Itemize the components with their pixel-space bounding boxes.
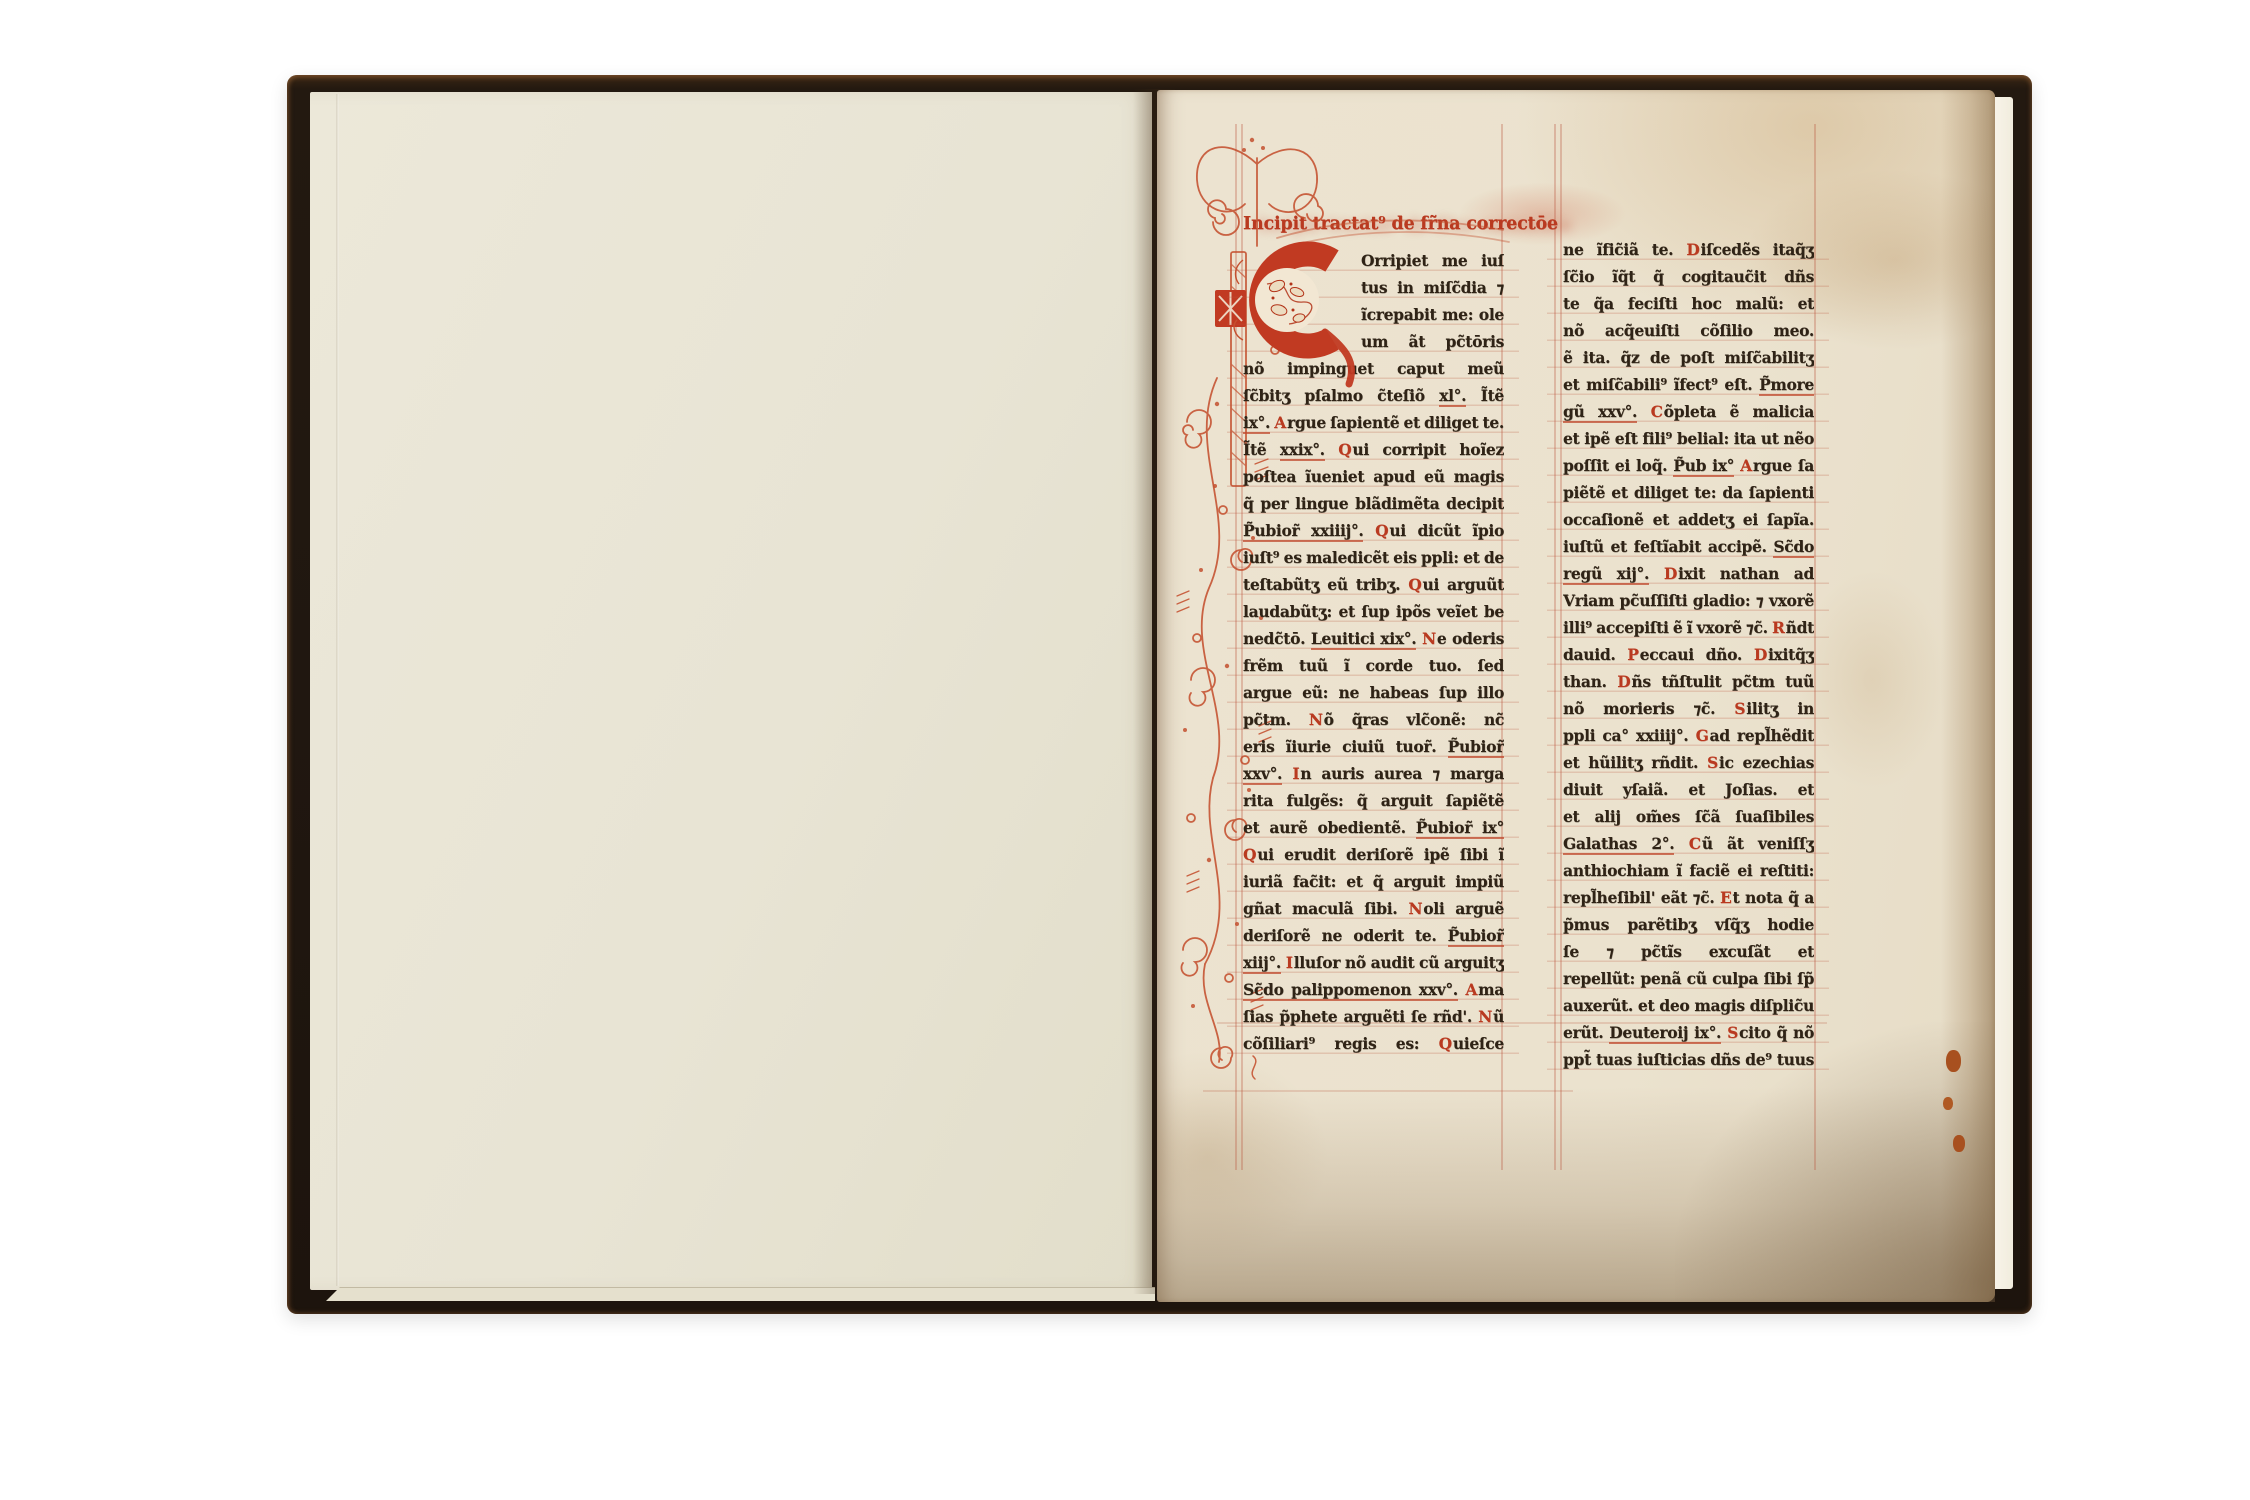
- text-segment: diuit yſaiã. et Joſias. et Joſophat: [1563, 780, 1814, 803]
- text-segment: gñat maculã ſibi.: [1243, 899, 1408, 918]
- red-versal: I: [1286, 953, 1294, 972]
- text-segment: poſſit ei loq̃.: [1563, 456, 1673, 475]
- underlined-citation: ix°.: [1243, 413, 1270, 434]
- text-segment: Orripiet me iuſ: [1361, 251, 1504, 270]
- text-line: ppt̃ tuas iuſticias dñs de⁹ tuus: [1563, 1046, 1814, 1073]
- text-line: q̃ per lingue blãdimẽta decipit: [1243, 490, 1504, 517]
- text-line: than. Dñs tñſtulit pc̃tm tuũ: [1563, 668, 1814, 695]
- underlined-citation: Deuteroij ix°.: [1609, 1023, 1721, 1044]
- text-segment: ñs tñſtulit pc̃tm tuũ: [1631, 672, 1814, 691]
- text-segment: pc̃tm.: [1243, 710, 1309, 729]
- text-segment: et aurẽ obedientẽ.: [1243, 818, 1416, 837]
- text-segment: ñdt: [1786, 618, 1814, 637]
- red-versal: G: [1696, 726, 1710, 745]
- text-segment: uieſce: [1453, 1034, 1504, 1053]
- text-segment: [1325, 440, 1338, 459]
- text-line: ix°. Argue ſapientẽ et diliget te.: [1243, 409, 1504, 436]
- text-line: auxerũt. et deo magis diſplic̃u: [1563, 992, 1814, 1019]
- underlined-citation: Sc̃do palippomenon xxv°.: [1243, 980, 1458, 1001]
- text-line: p̃mus parẽtibʒ vſq̃ʒ hodie q̃cũq̃ʒ: [1563, 911, 1814, 938]
- text-segment: nõ acq̃euiſti cõſilio meo. Fc̃mq̃ʒ: [1563, 321, 1814, 344]
- red-versal: R: [1772, 618, 1786, 637]
- text-column-right: ne ĩfic̃iã te. Diſcedẽs itaq̃ʒ p̃phaſc̃i…: [1563, 236, 1814, 1073]
- text-line: nedc̃tō. Leuitici xix°. Ne oderis: [1243, 625, 1504, 652]
- text-segment: ſc̃io ĩq̃t q̃ cogitauc̃it dñs occidc̃e: [1563, 267, 1814, 290]
- text-segment: iuriã fac̃it: et q̃ arguit impiũ: [1243, 872, 1504, 891]
- text-segment: Ĩtẽ: [1243, 440, 1280, 459]
- text-segment: ui dicũt ĩpio: [1389, 521, 1504, 540]
- text-segment: argue eũ: ne habeas ſup illo: [1243, 683, 1504, 702]
- text-segment: than.: [1563, 672, 1617, 691]
- text-segment: occaſionẽ et addetʒ ei ſapĩa. Doce: [1563, 510, 1814, 533]
- text-line: erũt. Deuteroij ix°. Scito q̃ nõ: [1563, 1019, 1814, 1046]
- underlined-citation: gũ xxv°.: [1563, 402, 1637, 423]
- text-line: deriſorẽ ne oderit te. P̃ubior̃: [1243, 922, 1504, 949]
- text-line: tus in miſc̃dia ⁊: [1361, 274, 1504, 301]
- red-versal: A: [1740, 456, 1753, 475]
- red-versal: N: [1478, 1007, 1493, 1026]
- text-line: cõſiliari⁹ regis es: Quieſce: [1243, 1030, 1504, 1057]
- text-segment: iuſtũ et feſtĩabit accipẽ.: [1563, 537, 1773, 556]
- red-versal: C: [1689, 834, 1702, 853]
- text-line: et aurẽ obedientẽ. P̃ubior̃ ix°: [1243, 814, 1504, 841]
- text-line: Orripiet me iuſ: [1361, 247, 1504, 274]
- text-segment: [1637, 402, 1650, 421]
- text-line: iuriã fac̃it: et q̃ arguit impiũ: [1243, 868, 1504, 895]
- text-segment: rita fulgẽs: q̃ arguit ſapiẽtẽ: [1243, 791, 1504, 810]
- red-versal: N: [1422, 629, 1437, 648]
- text-segment: [1363, 521, 1375, 540]
- text-segment: ppt̃ tuas iuſticias dñs de⁹ tuus: [1563, 1050, 1814, 1069]
- text-line: Ĩtẽ xxix°. Qui corripit hoĩez gr̃am: [1243, 436, 1504, 463]
- red-versal: Q: [1408, 575, 1422, 594]
- text-segment: Ĩtẽ: [1466, 386, 1504, 405]
- text-line: iuſt⁹ es maledicẽt eis ppli: et de: [1243, 544, 1504, 571]
- underlined-citation: xxv°.: [1243, 764, 1282, 785]
- text-segment: nedc̃tō.: [1243, 629, 1311, 648]
- red-versal: S: [1707, 753, 1719, 772]
- text-line: Sc̃do palippomenon xxv°. Ama: [1243, 976, 1504, 1003]
- text-segment: iuſt⁹ es maledicẽt eis ppli: et de: [1243, 548, 1504, 567]
- text-line: laudabũtʒ: et ſup ipõs veĩet be: [1243, 598, 1504, 625]
- text-segment: um ãt pc̃tōris: [1361, 332, 1504, 351]
- text-segment: et hũilitʒ rñdit.: [1563, 753, 1707, 772]
- rust-spot: [1953, 1135, 1965, 1152]
- text-segment: ũ: [1493, 1007, 1504, 1026]
- text-segment: dauid.: [1563, 645, 1627, 664]
- text-line: teſtabũtʒ eũ tribʒ. Qui arguũt: [1243, 571, 1504, 598]
- red-versal: N: [1309, 710, 1324, 729]
- text-segment: ne ĩfic̃iã te.: [1563, 240, 1686, 259]
- text-segment: lluſor nõ audit cũ arguitʒ: [1294, 953, 1504, 972]
- text-segment: p̃mus parẽtibʒ vſq̃ʒ hodie q̃cũq̃ʒ: [1563, 915, 1814, 938]
- red-versal: D: [1686, 240, 1700, 259]
- text-line: nõ morieris ⁊c̃. Silitʒ in nũac̃oẽ: [1563, 695, 1814, 722]
- red-versal: E: [1720, 888, 1733, 907]
- text-line: illi⁹ accepiſti ẽ ĩ vxorẽ ⁊c̃. Rñdt: [1563, 614, 1814, 641]
- text-line: rita fulgẽs: q̃ arguit ſapiẽtẽ: [1243, 787, 1504, 814]
- rust-spot: [1946, 1050, 1961, 1072]
- text-line: xxv°. In auris aurea ⁊ marga: [1243, 760, 1504, 787]
- red-versal: Q: [1338, 440, 1352, 459]
- text-block-edge: [1993, 97, 2013, 1289]
- red-versal: S: [1734, 699, 1746, 718]
- page-crease: [336, 94, 339, 1286]
- red-versal: C: [1651, 402, 1664, 421]
- text-line: et miſc̃abili⁹ ĩfect⁹ eſt. P̃more: [1563, 371, 1814, 398]
- rust-spot: [1943, 1097, 1953, 1110]
- text-line: poſſit ei loq̃. P̃ub ix° Argue ſa: [1563, 452, 1814, 479]
- text-segment: ĩcrepabit me: ole: [1361, 305, 1504, 324]
- text-line: Vriam pc̃uſſiſti gladio: ⁊ vxorẽ: [1563, 587, 1814, 614]
- text-segment: nõ morieris ⁊c̃.: [1563, 699, 1734, 718]
- text-segment: [1282, 764, 1292, 783]
- text-segment: frẽm tuũ ĩ corde tuo. ſed publice: [1243, 656, 1504, 679]
- text-segment: et ipẽ eſt fili⁹ belial: ita ut nẽo: [1563, 429, 1814, 448]
- text-segment: auxerũt. et deo magis diſplic̃u: [1563, 996, 1814, 1015]
- text-segment: repellũt: penã cũ culpa ſibi ſp̃: [1563, 969, 1814, 988]
- underlined-citation: P̃ubior̃ ix°: [1416, 818, 1504, 839]
- text-segment: cito q̃ nõ: [1739, 1023, 1814, 1042]
- text-segment: rgue ſa: [1753, 456, 1814, 475]
- red-versal: A: [1465, 980, 1478, 999]
- text-segment: q̃ per lingue blãdimẽta decipit: [1243, 494, 1504, 513]
- text-segment: rgue ſapientẽ et diliget te.: [1287, 413, 1504, 432]
- text-segment: et miſc̃abili⁹ ĩfect⁹ eſt.: [1563, 375, 1759, 394]
- underlined-citation: xiij°.: [1243, 953, 1281, 974]
- text-segment: te q̃a feciſti hoc malũ: et ĩſuper: [1563, 294, 1814, 317]
- text-segment: repl̃heſibil' eãt ⁊c̃.: [1563, 888, 1720, 907]
- text-segment: ma: [1478, 980, 1504, 999]
- text-segment: [1674, 834, 1688, 853]
- text-line: poſtea ĩueniet apud eũ magis q̃ʒ: [1243, 463, 1504, 490]
- red-versal: S: [1727, 1023, 1739, 1042]
- text-line: anthiochiam ĩ faciẽ ei reſtiti: q̃z: [1563, 857, 1814, 884]
- text-segment: piẽtẽ et diliget te: da ſapienti: [1563, 483, 1814, 502]
- underlined-citation: P̃ub ix°: [1673, 456, 1734, 477]
- text-line: et alij om̃es ſc̃ã ſuaſibiles fuerĩt: [1563, 803, 1814, 830]
- text-segment: poſtea ĩueniet apud eũ magis q̃ʒ: [1243, 467, 1504, 490]
- red-versal: D: [1664, 564, 1678, 583]
- text-line: ſe ⁊ pc̃tĩs excuſãt et ĩcrepatiõẽs: [1563, 938, 1814, 965]
- text-segment: ui erudit deriſorẽ ipẽ ſibi ĩ: [1257, 845, 1504, 864]
- text-segment: teſtabũtʒ eũ tribʒ.: [1243, 575, 1408, 594]
- text-segment: et alij om̃es ſc̃ã ſuaſibiles fuerĩt: [1563, 807, 1814, 830]
- text-line: ſc̃io ĩq̃t q̃ cogitauc̃it dñs occidc̃e: [1563, 263, 1814, 290]
- text-segment: tus in miſc̃dia ⁊: [1361, 278, 1504, 297]
- underlined-citation: xl°.: [1439, 386, 1466, 407]
- text-line: frẽm tuũ ĩ corde tuo. ſed publice: [1243, 652, 1504, 679]
- text-line: xiij°. Illuſor nõ audit cũ arguitʒ: [1243, 949, 1504, 976]
- text-segment: [1649, 564, 1664, 583]
- underlined-citation: xxix°.: [1280, 440, 1325, 461]
- text-line: pc̃tm. Nõ q̃ras vlc̃onẽ: nc̃ memor: [1243, 706, 1504, 733]
- text-segment: laudabũtʒ: et ſup ipõs veĩet be: [1243, 602, 1504, 621]
- text-segment: anthiochiam ĩ faciẽ ei reſtiti: q̃z: [1563, 861, 1814, 884]
- rubric-heading: Incipit tractat⁹ de fr̃na correctōe: [1243, 214, 1591, 234]
- text-line: P̃ubior̃ xxiiij°. Qui dicũt ĩpio: [1243, 517, 1504, 544]
- text-line: te q̃a feciſti hoc malũ: et ĩſuper: [1563, 290, 1814, 317]
- text-segment: ſe ⁊ pc̃tĩs excuſãt et ĩcrepatiõẽs: [1563, 942, 1814, 965]
- text-line: dauid. Peccaui dño. Dixitq̃ʒ na: [1563, 641, 1814, 668]
- text-line: repellũt: penã cũ culpa ſibi ſp̃: [1563, 965, 1814, 992]
- red-versal: Q: [1439, 1034, 1453, 1053]
- text-line: gñat maculã ſibi. Noli arguẽ: [1243, 895, 1504, 922]
- text-segment: ppli ca° xxiiij°.: [1563, 726, 1696, 745]
- red-versal: Q: [1243, 845, 1257, 864]
- underlined-citation: P̃ubior̃ xxiiij°.: [1243, 521, 1363, 542]
- red-versal: D: [1754, 645, 1768, 664]
- text-segment: n auris aurea ⁊ marga: [1300, 764, 1504, 783]
- text-line: eris ĩiurie ciuiũ tuor̃. P̃ubior̃: [1243, 733, 1504, 760]
- text-line: gũ xxv°. Cõpleta ẽ malicia nabal: [1563, 398, 1814, 425]
- red-versal: D: [1617, 672, 1631, 691]
- red-versal: N: [1408, 899, 1423, 918]
- text-line: iuſtũ et feſtĩabit accipẽ. Sc̃do: [1563, 533, 1814, 560]
- text-line: Qui erudit deriſorẽ ipẽ ſibi ĩ: [1243, 841, 1504, 868]
- ruling-line: [1203, 1090, 1573, 1092]
- text-segment: t nota q̃ a: [1733, 888, 1814, 907]
- underlined-citation: Sc̃do: [1773, 537, 1814, 558]
- text-line: ne ĩfic̃iã te. Diſcedẽs itaq̃ʒ p̃pha: [1563, 236, 1814, 263]
- underlined-citation: P̃ubior̃: [1448, 926, 1504, 947]
- text-segment: cõſiliari⁹ regis es:: [1243, 1034, 1439, 1053]
- page-edge: [326, 1287, 1155, 1301]
- text-column-left: Orripiet me iuſtus in miſc̃dia ⁊ĩcrepabi…: [1243, 247, 1504, 1057]
- text-segment: eccaui dño.: [1640, 645, 1754, 664]
- text-line: ĩcrepabit me: ole: [1361, 301, 1504, 328]
- text-line: et hũilitʒ rñdit. Sic ezechias au: [1563, 749, 1814, 776]
- text-segment: Vriam pc̃uſſiſti gladio: ⁊ vxorẽ: [1563, 591, 1814, 610]
- text-segment: ui arguũt: [1422, 575, 1504, 594]
- underlined-citation: P̃more: [1759, 375, 1814, 396]
- text-line: ſias p̃phete arguẽti ſe rñd'. Nũ: [1243, 1003, 1504, 1030]
- red-versal: Q: [1375, 521, 1389, 540]
- text-segment: illi⁹ accepiſti ẽ ĩ vxorẽ ⁊c̃.: [1563, 618, 1772, 637]
- text-line: et ipẽ eſt fili⁹ belial: ita ut nẽo: [1563, 425, 1814, 452]
- book-cover: Incipit tractat⁹ de fr̃na correctōe: [287, 75, 2032, 1314]
- red-versal: A: [1274, 413, 1287, 432]
- text-line: repl̃heſibil' eãt ⁊c̃. Et nota q̃ a: [1563, 884, 1814, 911]
- text-line: regũ xij°. Dixit nathan ad dauid: [1563, 560, 1814, 587]
- text-line: occaſionẽ et addetʒ ei ſapĩa. Doce: [1563, 506, 1814, 533]
- underlined-citation: P̃ubior̃: [1448, 737, 1504, 758]
- underlined-citation: Leuitici xix°.: [1311, 629, 1417, 650]
- text-line: nõ acq̃euiſti cõſilio meo. Fc̃mq̃ʒ: [1563, 317, 1814, 344]
- photo-canvas: Incipit tractat⁹ de fr̃na correctōe: [0, 0, 2250, 1500]
- red-versal: P: [1627, 645, 1639, 664]
- manuscript-recto-page: Incipit tractat⁹ de fr̃na correctōe: [1157, 90, 1995, 1302]
- text-line: um ãt pc̃tōris: [1361, 328, 1504, 355]
- text-line: argue eũ: ne habeas ſup illo: [1243, 679, 1504, 706]
- text-segment: eris ĩiurie ciuiũ tuor̃.: [1243, 737, 1448, 756]
- decorated-initial: [1235, 248, 1351, 352]
- text-segment: erũt.: [1563, 1023, 1609, 1042]
- text-segment: e oderis: [1437, 629, 1504, 648]
- text-line: diuit yſaiã. et Joſias. et Joſophat: [1563, 776, 1814, 803]
- underlined-citation: regũ xij°.: [1563, 564, 1649, 585]
- text-segment: deriſorẽ ne oderit te.: [1243, 926, 1448, 945]
- text-segment: ẽ ita. q̃z de poſt miſc̃abilitʒ vixit:: [1563, 348, 1814, 371]
- text-line: ppli ca° xxiiij°. Gad repl̃hẽdit dd̃: [1563, 722, 1814, 749]
- text-line: ẽ ita. q̃z de poſt miſc̃abilitʒ vixit:: [1563, 344, 1814, 371]
- text-segment: ſias p̃phete arguẽti ſe rñd'.: [1243, 1007, 1478, 1026]
- blank-verso-page: [310, 92, 1152, 1290]
- text-line: Galathas 2°. Cũ ãt veniſſʒ cephas: [1563, 830, 1814, 857]
- underlined-citation: Galathas 2°.: [1563, 834, 1674, 855]
- text-line: piẽtẽ et diliget te: da ſapienti: [1563, 479, 1814, 506]
- text-segment: oli arguẽ: [1423, 899, 1504, 918]
